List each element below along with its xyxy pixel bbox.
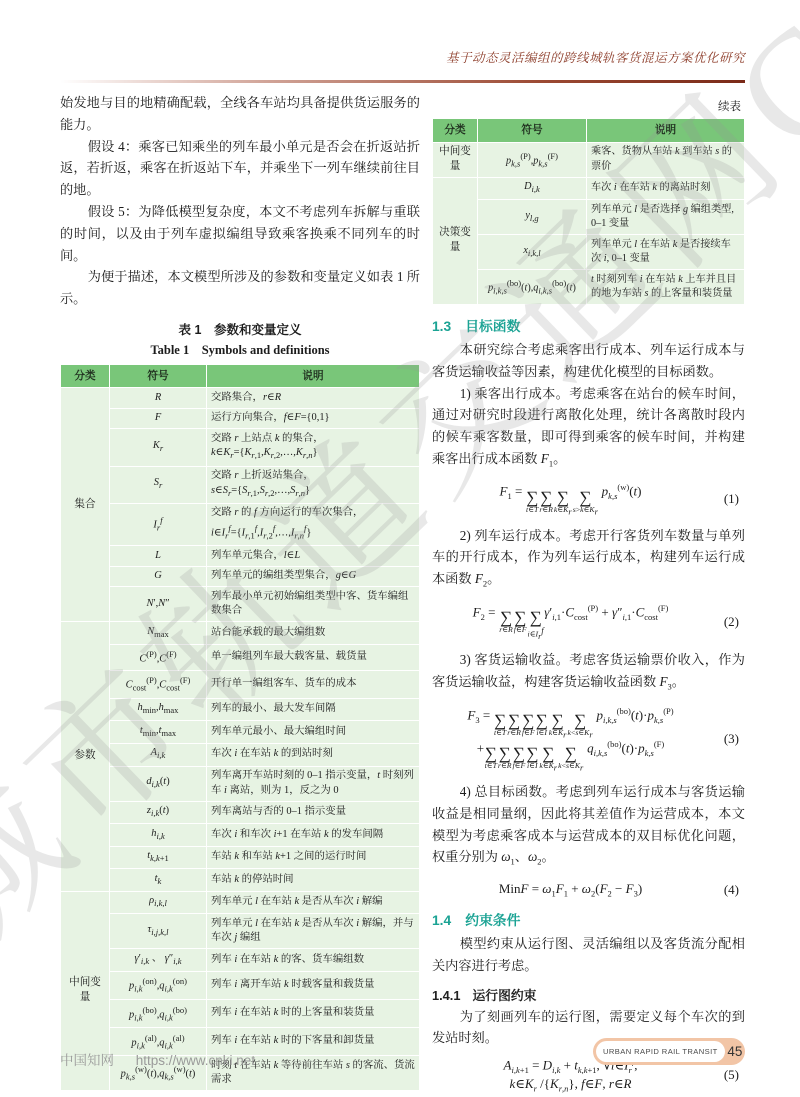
continuation-table-label: 续表: [432, 98, 741, 114]
description-cell: 列车 i 离开车站 k 时载客量和载货量: [207, 971, 420, 999]
table-row: Ai,k车次 i 在车站 k 的到站时刻: [61, 743, 420, 766]
symbol-cell: Ccost(P),Ccost(F): [110, 670, 207, 698]
description-cell: 运行方向集合，f∈F={0,1}: [207, 408, 420, 429]
table-row: Sr交路 r 上折返站集合，s∈Sr={Sr,1,Sr,2,…,Sr,n}: [61, 466, 420, 503]
paragraph-item-1: 1) 乘客出行成本。考虑乘客在站台的候车时间，通过对研究时段进行离散化处理，统计…: [432, 383, 745, 476]
symbol-cell: pi,k,s(bo)(t),qi,k,s(bo)(t): [478, 270, 587, 305]
category-cell: 决策变量: [433, 177, 478, 305]
symbols-table-continued: 分类符号说明中间变量pk,s(P),pk,s(F)乘客、货物从车站 k 到车站 …: [432, 118, 745, 305]
table-row: di,k(t)列车离开车站时刻的 0–1 指示变量，t 时刻列车 i 离站，则为…: [61, 766, 420, 801]
description-cell: 列车单元集合，l∈L: [207, 546, 420, 567]
symbol-cell: yl,g: [478, 200, 587, 235]
description-cell: 列车单元最小、最大编组时间: [207, 721, 420, 744]
symbol-cell: F: [110, 408, 207, 429]
table-row: τi,j,k,l列车单元 l 在车站 k 是否从车次 i 解编，并与车次 j 编…: [61, 914, 420, 949]
symbol-cell: pi,k(on),qi,k(on): [110, 971, 207, 999]
description-cell: 站台能承载的最大编组数: [207, 622, 420, 645]
paragraph: 始发地与目的地精确配载，全线各车站均具备提供货运服务的能力。: [60, 92, 420, 136]
description-cell: 列车单元 l 是否选择 g 编组类型, 0–1 变量: [587, 200, 745, 235]
symbol-cell: Nmax: [110, 622, 207, 645]
symbol-cell: ρi,k,l: [110, 891, 207, 914]
journal-name-pill: URBAN RAPID RAIL TRANSIT: [596, 1041, 725, 1062]
equation-3: F3 = ∑t∈T∑r∈R∑f∈F∑i∈I∑k∈Kr∑k<s∈Kr pi,k,s…: [432, 706, 735, 772]
description-cell: 列车单元的编组类型集合，g∈G: [207, 566, 420, 587]
equation-4: MinF = ω1F1 + ω2(F2 − F3)(4): [432, 881, 735, 899]
table-row: N′,N″列车最小单元初始编组类型中客、货车编组数集合: [61, 587, 420, 622]
description-cell: 车次 i 在车站 k 的到站时刻: [207, 743, 420, 766]
symbol-cell: hi,k: [110, 824, 207, 847]
symbol-cell: tmin,tmax: [110, 721, 207, 744]
document-page: 基于动态灵活编组的跨线城轨客货混运方案优化研究 始发地与目的地精确配载，全线各车…: [0, 0, 800, 1097]
symbol-cell: Kr: [110, 429, 207, 466]
symbol-cell: hmin,hmax: [110, 698, 207, 721]
description-cell: 车次 i 和车次 i+1 在车站 k 的发车间隔: [207, 824, 420, 847]
symbol-cell: τi,j,k,l: [110, 914, 207, 949]
description-cell: 车站 k 和车站 k+1 之间的运行时间: [207, 846, 420, 869]
equation-body: MinF = ω1F1 + ω2(F2 − F3): [499, 881, 668, 899]
right-column: 续表 分类符号说明中间变量pk,s(P),pk,s(F)乘客、货物从车站 k 到…: [432, 98, 745, 1097]
symbol-cell: R: [110, 388, 207, 409]
symbol-cell: di,k(t): [110, 766, 207, 801]
description-cell: 交路 r 的 f 方向运行的车次集合，i∈Irf={Ir,1f,Ir,2f,…,…: [207, 503, 420, 546]
table-row: tk车站 k 的停站时间: [61, 869, 420, 892]
description-cell: 列车单元 l 在车站 k 是否从车次 i 解编，并与车次 j 编组: [207, 914, 420, 949]
table-row: 参数Nmax站台能承载的最大编组数: [61, 622, 420, 645]
table-row: F运行方向集合，f∈F={0,1}: [61, 408, 420, 429]
symbol-cell: pk,s(P),pk,s(F): [478, 142, 587, 177]
table-header-cell: 分类: [61, 364, 110, 388]
description-cell: 列车单元 l 在车站 k 是否接续车次 i, 0–1 变量: [587, 235, 745, 270]
equation-1: F1 = ∑t∈T∑r∈R∑k∈Kr∑s>k∈Kr pk,s(w)(t)(1): [432, 482, 735, 515]
equation-number: (4): [724, 882, 739, 898]
symbol-cell: L: [110, 546, 207, 567]
description-cell: 交路 r 上站点 k 的集合，k∈Kr={Kr,1,Kr,2,…,Kr,n}: [207, 429, 420, 466]
table-header-cell: 说明: [207, 364, 420, 388]
table-row: Irf交路 r 的 f 方向运行的车次集合，i∈Irf={Ir,1f,Ir,2f…: [61, 503, 420, 546]
cnki-url[interactable]: https://www.cnki.net: [136, 1053, 255, 1068]
table-row: xi,k,l列车单元 l 在车站 k 是否接续车次 i, 0–1 变量: [433, 235, 745, 270]
symbol-cell: Irf: [110, 503, 207, 546]
section-heading-1-4: 1.4约束条件: [432, 909, 745, 929]
description-cell: 乘客、货物从车站 k 到车站 s 的票价: [587, 142, 745, 177]
symbol-cell: Ai,k: [110, 743, 207, 766]
table-row: Ccost(P),Ccost(F)开行单一编组客车、货车的成本: [61, 670, 420, 698]
table-row: γ′i,k 、 γ″i,k列车 i 在车站 k 的客、货车编组数: [61, 949, 420, 972]
symbol-cell: tk,k+1: [110, 846, 207, 869]
table-row: tk,k+1车站 k 和车站 k+1 之间的运行时间: [61, 846, 420, 869]
section-number: 1.4.1: [432, 988, 460, 1003]
symbol-cell: tk: [110, 869, 207, 892]
table-row: 决策变量Di,k车次 i 在车站 k 的离站时刻: [433, 177, 745, 200]
table-row: 集合R交路集合，r∈R: [61, 388, 420, 409]
description-cell: 列车 i 在车站 k 的客、货车编组数: [207, 949, 420, 972]
cnki-site-name: 中国知网: [60, 1053, 114, 1068]
table-row: 中间变量pk,s(P),pk,s(F)乘客、货物从车站 k 到车站 s 的票价: [433, 142, 745, 177]
symbol-cell: Di,k: [478, 177, 587, 200]
page-number: 45: [725, 1044, 745, 1059]
equation-body: F1 = ∑t∈T∑r∈R∑k∈Kr∑s>k∈Kr pk,s(w)(t): [499, 482, 667, 515]
description-cell: 交路 r 上折返站集合，s∈Sr={Sr,1,Sr,2,…,Sr,n}: [207, 466, 420, 503]
table-row: yl,g列车单元 l 是否选择 g 编组类型, 0–1 变量: [433, 200, 745, 235]
section-heading-1-3: 1.3目标函数: [432, 315, 745, 335]
header-rule: [60, 80, 745, 83]
equation-number: (1): [724, 491, 739, 507]
table-row: tmin,tmax列车单元最小、最大编组时间: [61, 721, 420, 744]
table-row: pi,k(on),qi,k(on)列车 i 离开车站 k 时载客量和载货量: [61, 971, 420, 999]
symbol-cell: xi,k,l: [478, 235, 587, 270]
symbol-cell: N′,N″: [110, 587, 207, 622]
description-cell: 交路集合，r∈R: [207, 388, 420, 409]
table-row: C(P),C(F)单一编组列车最大载客量、载货量: [61, 644, 420, 670]
paragraph-assumption-5: 假设 5：为降低模型复杂度，本文不考虑列车拆解与重联的时间，以及由于列车虚拟编组…: [60, 201, 420, 266]
description-cell: 列车最小单元初始编组类型中客、货车编组数集合: [207, 587, 420, 622]
table-caption-en: Table 1 Symbols and definitions: [60, 340, 420, 358]
equation-body: F2 = ∑r∈R∑f∈F∑i∈Irfγ′i,1·Ccost(P) + γ″i,…: [473, 603, 695, 641]
section-title: 运行图约束: [472, 988, 536, 1003]
journal-banner: URBAN RAPID RAIL TRANSIT 45: [593, 1038, 745, 1065]
section-title: 约束条件: [465, 913, 520, 928]
table-row: G列车单元的编组类型集合，g∈G: [61, 566, 420, 587]
symbol-cell: γ′i,k 、 γ″i,k: [110, 949, 207, 972]
table-header-cell: 符号: [110, 364, 207, 388]
paragraph-item-4: 4) 总目标函数。考虑到列车运行成本与客货运输收益是相同量纲，因此将其差值作为运…: [432, 781, 745, 874]
description-cell: 列车 i 在车站 k 时的上客量和装货量: [207, 1000, 420, 1028]
paragraph: 为便于描述，本文模型所涉及的参数和变量定义如表 1 所示。: [60, 266, 420, 310]
symbol-cell: G: [110, 566, 207, 587]
footer: 中国知网 https://www.cnki.net: [60, 1049, 255, 1069]
table-header-cell: 分类: [433, 119, 478, 143]
table-row: pi,k(bo),qi,k(bo)列车 i 在车站 k 时的上客量和装货量: [61, 1000, 420, 1028]
symbols-table: 分类符号说明集合R交路集合，r∈RF运行方向集合，f∈F={0,1}Kr交路 r…: [60, 364, 420, 1091]
description-cell: 列车离开车站时刻的 0–1 指示变量，t 时刻列车 i 离站，则为 1，反之为 …: [207, 766, 420, 801]
symbol-cell: Sr: [110, 466, 207, 503]
description-cell: t 时刻列车 i 在车站 k 上车并且目的地为车站 s 的上客量和装货量: [587, 270, 745, 305]
description-cell: 开行单一编组客车、货车的成本: [207, 670, 420, 698]
table-header-cell: 说明: [587, 119, 745, 143]
equation-number: (5): [724, 1067, 739, 1083]
section-number: 1.4: [432, 913, 451, 928]
description-cell: 单一编组列车最大载客量、载货量: [207, 644, 420, 670]
section-number: 1.3: [432, 319, 451, 334]
symbol-cell: C(P),C(F): [110, 644, 207, 670]
table-row: 中间变量ρi,k,l列车单元 l 在车站 k 是否从车次 i 解编: [61, 891, 420, 914]
section-title: 目标函数: [465, 319, 520, 334]
paragraph-item-2: 2) 列车运行成本。考虑开行客货列车数量与单列车的开行成本，作为列车运行成本，构…: [432, 525, 745, 596]
equation-2: F2 = ∑r∈R∑f∈F∑i∈Irfγ′i,1·Ccost(P) + γ″i,…: [432, 603, 735, 641]
category-cell: 集合: [61, 388, 110, 622]
description-cell: 列车单元 l 在车站 k 是否从车次 i 解编: [207, 891, 420, 914]
equation-number: (2): [724, 613, 739, 629]
table-row: zi,k(t)列车离站与否的 0–1 指示变量: [61, 801, 420, 824]
paragraph: 本研究综合考虑乘客出行成本、列车运行成本与客货运输收益等因素，构建优化模型的目标…: [432, 339, 745, 383]
paragraph: 模型约束从运行图、灵活编组以及客货流分配相关内容进行考虑。: [432, 933, 745, 977]
table-header-cell: 符号: [478, 119, 587, 143]
category-cell: 参数: [61, 622, 110, 892]
left-column: 始发地与目的地精确配载，全线各车站均具备提供货运服务的能力。 假设 4：乘客已知…: [60, 92, 420, 1091]
equation-body: F3 = ∑t∈T∑r∈R∑f∈F∑i∈I∑k∈Kr∑k<s∈Kr pi,k,s…: [467, 706, 699, 772]
description-cell: 列车离站与否的 0–1 指示变量: [207, 801, 420, 824]
description-cell: 列车的最小、最大发车间隔: [207, 698, 420, 721]
table-row: L列车单元集合，l∈L: [61, 546, 420, 567]
running-title: 基于动态灵活编组的跨线城轨客货混运方案优化研究: [446, 48, 745, 66]
table-row: hi,k车次 i 和车次 i+1 在车站 k 的发车间隔: [61, 824, 420, 847]
section-heading-1-4-1: 1.4.1运行图约束: [432, 985, 745, 1004]
table-caption-zh: 表 1 参数和变量定义: [60, 320, 420, 338]
table-row: pi,k,s(bo)(t),qi,k,s(bo)(t)t 时刻列车 i 在车站 …: [433, 270, 745, 305]
symbol-cell: pi,k(bo),qi,k(bo): [110, 1000, 207, 1028]
journal-name-en: URBAN RAPID RAIL TRANSIT: [603, 1047, 718, 1056]
table-row: hmin,hmax列车的最小、最大发车间隔: [61, 698, 420, 721]
table-row: Kr交路 r 上站点 k 的集合，k∈Kr={Kr,1,Kr,2,…,Kr,n}: [61, 429, 420, 466]
equation-number: (3): [724, 731, 739, 747]
symbol-cell: zi,k(t): [110, 801, 207, 824]
description-cell: 车站 k 的停站时间: [207, 869, 420, 892]
description-cell: 车次 i 在车站 k 的离站时刻: [587, 177, 745, 200]
paragraph-item-3: 3) 客货运输收益。考虑客货运输票价收入，作为客货运输收益，构建客货运输收益函数…: [432, 649, 745, 698]
paragraph-assumption-4: 假设 4：乘客已知乘坐的列车最小单元是否会在折返站折返，若折返，乘客在折返站下车…: [60, 136, 420, 201]
category-cell: 中间变量: [433, 142, 478, 177]
